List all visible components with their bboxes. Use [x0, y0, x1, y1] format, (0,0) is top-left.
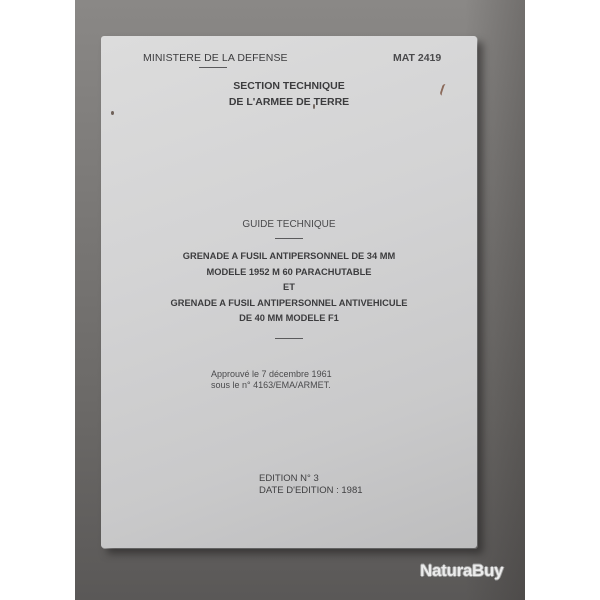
divider-rule — [199, 67, 227, 68]
approval-line: Approuvé le 7 décembre 1961 — [211, 369, 332, 380]
approval-note: Approuvé le 7 décembre 1961 sous le n° 4… — [211, 369, 332, 391]
edition-line: DATE D'EDITION : 1981 — [259, 485, 363, 497]
paper-speck — [313, 104, 315, 109]
divider-rule — [275, 238, 303, 239]
approval-line: sous le n° 4163/EMA/ARMET. — [211, 380, 332, 391]
document-cover: MINISTERE DE LA DEFENSE MAT 2419 SECTION… — [101, 36, 477, 548]
title-line: ET — [101, 280, 477, 296]
edition-info: EDITION N° 3 DATE D'EDITION : 1981 — [259, 473, 363, 497]
section-heading: SECTION TECHNIQUE DE L'ARMEE DE TERRE — [101, 78, 477, 110]
title-line: GRENADE A FUSIL ANTIPERSONNEL ANTIVEHICU… — [101, 296, 477, 312]
edition-line: EDITION N° 3 — [259, 473, 363, 485]
title-line: MODELE 1952 M 60 PARACHUTABLE — [101, 265, 477, 281]
ministry-heading: MINISTERE DE LA DEFENSE — [143, 52, 288, 64]
guide-label: GUIDE TECHNIQUE — [101, 219, 477, 230]
title-line: DE 40 MM MODELE F1 — [101, 311, 477, 327]
reference-number: MAT 2419 — [393, 52, 441, 64]
document-title: GRENADE A FUSIL ANTIPERSONNEL DE 34 MM M… — [101, 249, 477, 327]
section-line: SECTION TECHNIQUE — [101, 78, 477, 94]
divider-rule — [275, 338, 303, 339]
title-line: GRENADE A FUSIL ANTIPERSONNEL DE 34 MM — [101, 249, 477, 265]
paper-speck — [111, 111, 114, 115]
section-line: DE L'ARMEE DE TERRE — [101, 94, 477, 110]
watermark-logo: NaturaBuy — [420, 561, 503, 581]
